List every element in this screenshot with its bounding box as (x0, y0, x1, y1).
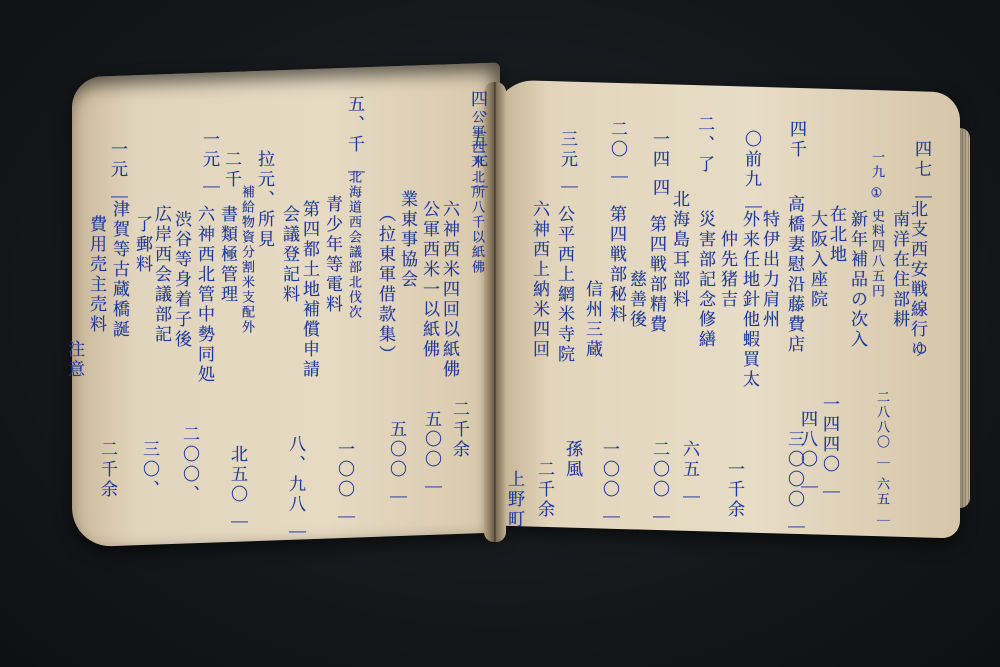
handwritten-column: 三〇〇〇 ｜ (785, 430, 802, 538)
handwritten-column: 注意 (65, 340, 82, 380)
handwritten-column: 大阪入座院 (808, 210, 825, 310)
handwritten-column: 二千余 (535, 460, 552, 520)
handwritten-column: 公軍西米一以紙佛 (420, 200, 437, 360)
handwritten-column: 一九 ① 史料四八五円 (870, 150, 883, 299)
handwritten-column: 六神西米四回以紙佛 (440, 200, 457, 380)
handwritten-column: 南洋在住部耕 (890, 210, 907, 330)
handwritten-column: 第四戦部秘料 (607, 205, 624, 325)
handwritten-column: 三元 ｜ (558, 130, 575, 198)
handwritten-column: 二、了 (695, 115, 712, 175)
handwritten-column: 慈善後 (627, 270, 644, 330)
handwritten-column: 一四四〇 ｜ (820, 395, 837, 503)
handwritten-column: 特伊出力肩州 (760, 210, 777, 330)
handwritten-column: 四千 (787, 120, 804, 160)
handwritten-column: 仲先猪吉 (718, 230, 735, 310)
handwritten-column: 一〇〇 ｜ (335, 440, 352, 528)
handwritten-column: 災害部記念修繕 (696, 210, 713, 350)
book-gutter (484, 82, 506, 542)
handwritten-column: 八、九八 ｜ (286, 435, 303, 543)
handwritten-column: 五〇〇 ｜ (422, 410, 439, 498)
handwritten-column: 〇前九 ｜ (742, 130, 759, 218)
handwritten-column: 広岸西会議部記 (152, 205, 169, 345)
handwritten-column: 二〇 ｜ (608, 120, 625, 188)
handwritten-column: 補給物資分割米支配外 (240, 185, 253, 335)
handwritten-column: 高橋妻慰沿藤費店 (785, 195, 802, 355)
handwritten-column: 在北地 (827, 205, 844, 265)
handwritten-column: 二〇〇 ｜ (650, 440, 667, 528)
handwritten-column: 二八八〇 ｜ 六五 ｜ (875, 390, 888, 528)
handwritten-column: 六神西上納米四回 (530, 200, 547, 360)
handwritten-column: 会議登記料 (280, 205, 297, 305)
right-header-entry: 四七 ｜ (912, 140, 929, 208)
handwritten-column: 北海島耳部料 (670, 190, 687, 310)
handwritten-column: 津賀等古蔵橋誕 (110, 200, 127, 340)
handwritten-column: 第四都土地補償申請 (300, 200, 317, 380)
handwritten-column: 二〇〇、 (180, 425, 197, 505)
handwritten-column: 北支西安戦線行ゆ (908, 200, 925, 360)
handwritten-column: 一〇〇 ｜ (600, 440, 617, 528)
left-header-entry: 四、五元 ｜ (468, 90, 485, 198)
handwritten-column: 孫風 (563, 440, 580, 480)
handwritten-column: 三〇、 (140, 440, 157, 500)
handwritten-column: 上野町 (505, 470, 522, 530)
handwritten-column: 二千余 (98, 440, 115, 500)
handwritten-column: 一元 ｜ (108, 140, 125, 208)
handwritten-column: 二千余 (450, 400, 467, 460)
handwritten-column: 第四戦部精費 (647, 215, 664, 335)
handwritten-column: 渋谷等身着子後 (172, 210, 189, 350)
handwritten-column: 一元 ｜ (200, 130, 217, 198)
handwritten-column: 新年補品の次入 (848, 210, 865, 350)
handwritten-column: 業東事協会 (398, 190, 415, 290)
handwritten-column: 六神西北管中勢同処 (195, 205, 212, 385)
handwritten-column: 六五 ｜ (680, 440, 697, 508)
handwritten-column: 了郵料 (133, 215, 150, 275)
handwritten-column: 一千余 (725, 460, 742, 520)
handwritten-column: 信州三蔵 (583, 280, 600, 360)
handwritten-column: 一四 四 (650, 130, 667, 198)
handwritten-column: 費用売主売料 (87, 215, 104, 335)
handwritten-column: 外来任地針他蝦買太 (740, 210, 757, 390)
handwritten-column: （拉東軍借款集） (376, 205, 393, 365)
handwritten-column: 公平西上網米寺院 (555, 205, 572, 365)
handwritten-column: 書類極管理 (218, 205, 235, 305)
handwritten-column: 拉元、所見 (255, 150, 272, 250)
handwritten-column: 青少年等電料 (323, 195, 340, 315)
handwritten-column: 五〇〇 ｜ (387, 420, 404, 508)
handwritten-column: 北海道西会議部北伐次 (347, 170, 360, 320)
handwritten-column: 北五〇 ｜ (228, 445, 245, 533)
handwritten-column: 二千 (222, 150, 239, 190)
